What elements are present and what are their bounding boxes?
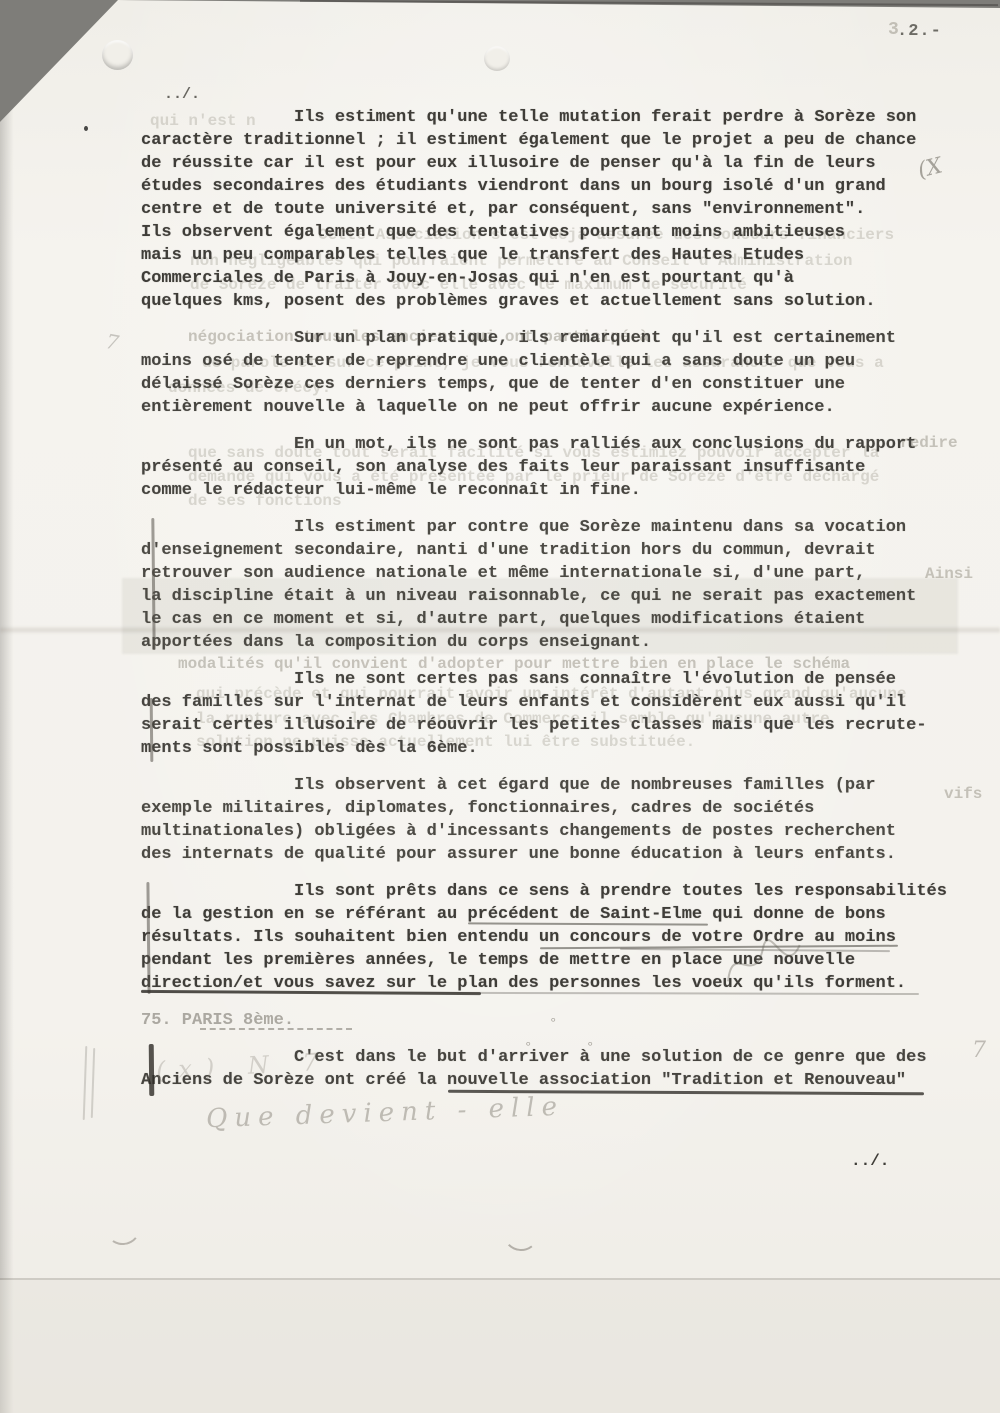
handwritten-figure-right: 7	[972, 1038, 986, 1063]
continuation-mark-bottom: ../.	[851, 1152, 889, 1170]
paragraph-en-un-mot: En un mot, ils ne sont pas ralliés aux c…	[141, 433, 953, 502]
page-number: .2.-	[897, 22, 942, 41]
paragraph-responsabilites-gestion: Ils sont prêts dans ce sens à prendre to…	[141, 880, 953, 995]
continuation-mark-top: ../.	[164, 86, 200, 103]
paragraph-internat-familles: Ils ne sont certes pas sans connaître l'…	[141, 668, 953, 760]
punch-hole-top-left	[102, 40, 133, 70]
paragraph-vocation-secondaire: Ils estiment par contre que Sorèze maint…	[141, 516, 953, 654]
paragraph-nombreuses-familles: Ils observent à cet égard que de nombreu…	[141, 774, 953, 866]
ghost-page-number-digit: 3	[888, 20, 899, 40]
pencil-margin-line-final	[149, 1044, 155, 1096]
paragraph-mutation-soreze: Ils estiment qu'une telle mutation ferai…	[141, 106, 953, 313]
paragraph-plan-pratique: Sur un plan pratique, ils remarquent qu'…	[141, 327, 953, 419]
scanned-document-page: { "page": { "number": ".2.-", "cont_top"…	[0, 0, 1000, 1413]
typewritten-body: Ils estiment qu'une telle mutation ferai…	[141, 106, 953, 1106]
underline-paris-dashed	[200, 1028, 352, 1030]
punch-hole-top-center	[484, 46, 510, 71]
